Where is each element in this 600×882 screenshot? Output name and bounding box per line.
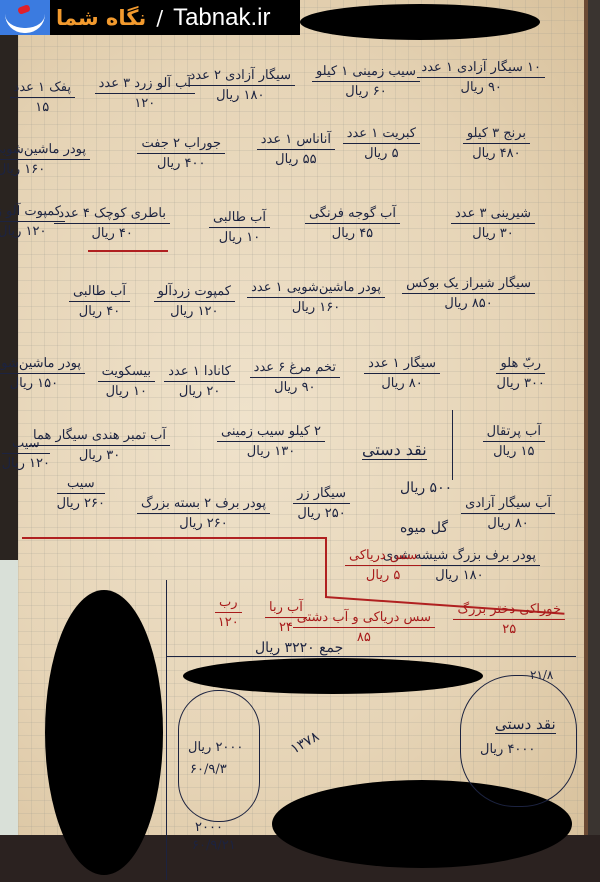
ledger-entry: پفک ۱ عدد۱۵	[10, 80, 75, 115]
red-entry: خوراکی دختر بزرگ۲۵	[453, 602, 565, 637]
ledger-entry: کانادا ۱ عدد۲۰ ریال	[164, 364, 235, 399]
ledger-entry: کبریت ۱ عدد۵ ریال	[343, 126, 420, 161]
ledger-entry: پودر ماشین‌شویی۱۵۰ ریال	[0, 356, 85, 391]
column-divider	[452, 410, 453, 480]
cash-oval	[460, 675, 577, 807]
ledger-entry: پودر ماشین‌شویی ۱ عدد۱۶۰ ریال	[0, 142, 90, 177]
ledger-entry: بیسکویت۱۰ ریال	[98, 364, 155, 399]
red-divider	[22, 537, 327, 539]
ledger-entry: تخم مرغ ۶ عدد۹۰ ریال	[250, 360, 340, 395]
side-note: ۵۰۰ ریال	[400, 480, 452, 496]
cash-label: نقد دستی	[495, 715, 556, 734]
site-name-en: Tabnak.ir	[173, 4, 270, 32]
ledger-entry: سیگار شیراز یک بوکس۸۵۰ ریال	[402, 276, 535, 311]
ledger-entry: سیب زمینی ۱ کیلو۶۰ ریال	[312, 64, 420, 99]
total-row: جمع ۳۲۲۰ ریال	[255, 640, 343, 656]
red-entry: آب ربا۲۴	[265, 600, 307, 635]
ledger-entry: کمپوت زردآلو۱۲۰ ریال	[154, 284, 235, 319]
bottom-frame	[166, 580, 167, 880]
ledger-entry: باطری کوچک ۴ عدد۴۰ ریال	[54, 206, 170, 241]
bottom-entry: ۲۰۰۰ ریال	[188, 740, 243, 755]
ledger-entry: کمپوت آلو زرد۱۲۰ ریال	[0, 204, 65, 239]
ledger-entry: آب طالبی۴۰ ریال	[69, 284, 130, 319]
name-redaction-top	[300, 4, 540, 40]
ledger-entry: ۲ کیلو سیب زمینی۱۳۰ ریال	[217, 424, 325, 459]
tabnak-logo-icon	[0, 0, 50, 35]
watermark-banner: نگاه شما / Tabnak.ir	[0, 0, 300, 35]
ledger-entry: آناناس ۱ عدد۵۵ ریال	[257, 132, 335, 167]
ledger-entry: سیگار زر۲۵۰ ریال	[293, 486, 350, 521]
name-redaction-middle	[183, 658, 483, 694]
separator: /	[156, 6, 163, 30]
bottom-oval	[178, 690, 260, 822]
cash-note: نقد دستی	[362, 440, 427, 460]
ledger-entry: پودر برف ۲ بسته بزرگ۲۶۰ ریال	[137, 496, 270, 531]
corner-note: ۲۱/۸	[530, 668, 553, 682]
ledger-entry: برنج ۳ کیلو۴۸۰ ریال	[463, 126, 530, 161]
red-divider	[325, 537, 327, 597]
cash-value: ۴۰۰۰ ریال	[480, 742, 535, 757]
ledger-entry: آب پرتقال۱۵ ریال	[483, 424, 545, 459]
ledger-entry: آب طالبی۱۰ ریال	[209, 210, 270, 245]
ledger-entry: آب سیگار آزادی۸۰ ریال	[461, 496, 555, 531]
ledger-entry: ۱۰ سیگار آزادی ۱ عدد۹۰ ریال	[417, 60, 545, 95]
ledger-entry: ربّ هلو۳۰۰ ریال	[496, 356, 545, 391]
ledger-entry: سیگار ۱ عدد۸۰ ریال	[364, 356, 440, 391]
ledger-entry: سیب۱۲۰ ریال	[2, 436, 50, 471]
ledger-entry: سیگار آزادی ۲ عدد۱۸۰ ریال	[186, 68, 295, 103]
ledger-entry: پودر ماشین‌شویی ۱ عدد۱۶۰ ریال	[247, 280, 385, 315]
ledger-entry: آب تمبر هندی سیگار هما۳۰ ریال	[29, 428, 170, 463]
side-note: گل میوه	[400, 520, 448, 536]
bottom-date: ۶۰/۹/۲۱	[192, 838, 236, 853]
ledger-entry: شیرینی ۳ عدد۳۰ ریال	[451, 206, 535, 241]
red-entry: رب۱۲۰	[215, 595, 242, 630]
bottom-frame	[166, 656, 576, 657]
ledger-entry: آب آلو زرد ۳ عدد۱۲۰	[95, 76, 195, 111]
ledger-entry: جوراب ۲ جفت۴۰۰ ریال	[137, 136, 225, 171]
ledger-entry: سیب۲۶۰ ریال	[57, 476, 105, 511]
red-underline	[88, 250, 168, 252]
bottom-entry: ۲۰۰۰	[195, 820, 223, 835]
site-name-fa: نگاه شما	[56, 6, 146, 30]
face-redaction-left	[45, 590, 163, 875]
ledger-entry: آب گوجه فرنگی۴۵ ریال	[305, 206, 400, 241]
bottom-date: ۶۰/۹/۳	[190, 762, 227, 777]
red-entry: سس دریاکی۵ ریال	[345, 548, 421, 583]
